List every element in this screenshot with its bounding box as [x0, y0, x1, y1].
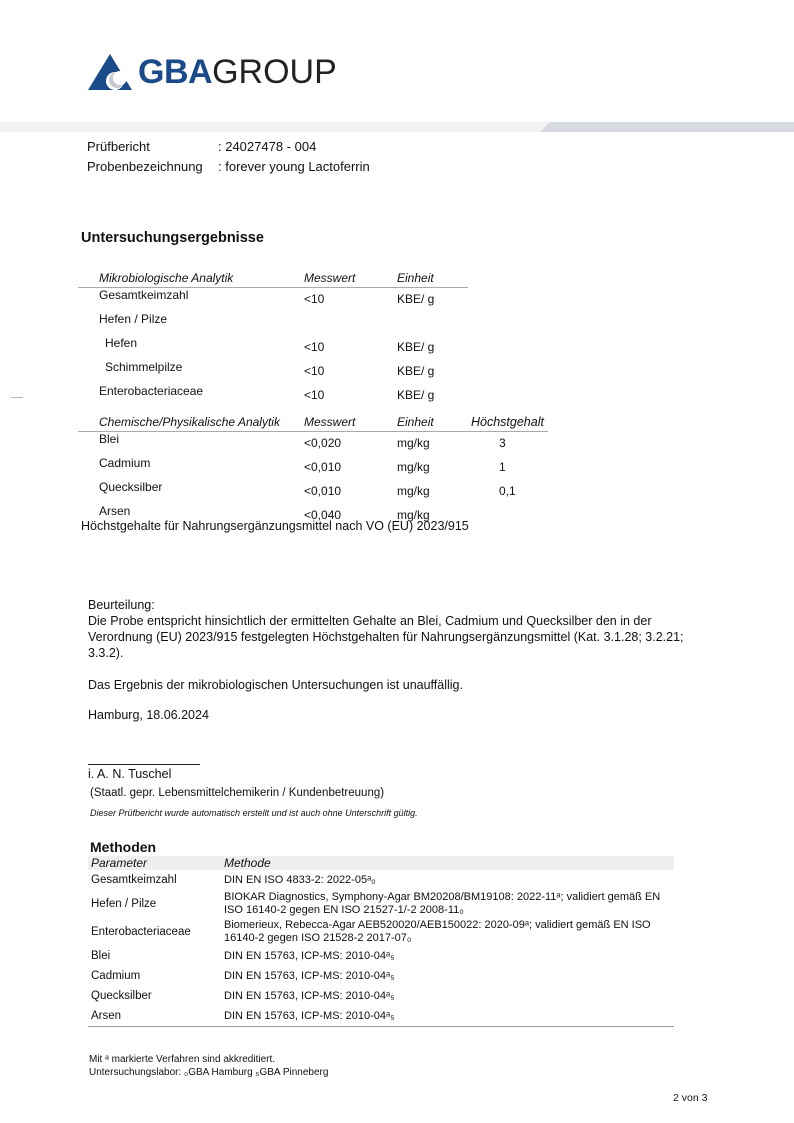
table-row: Hefen / Pilze: [78, 312, 469, 336]
gba-logo-icon: [88, 52, 134, 92]
assessment-micro-text: Das Ergebnis der mikrobiologischen Unter…: [88, 677, 718, 693]
unit: KBE/ g: [397, 336, 469, 360]
analyte-name: Schimmelpilze: [78, 360, 304, 384]
company-logo: GBAGROUP: [88, 52, 337, 92]
table-row: Blei<0,020mg/kg3: [78, 432, 579, 456]
method-row: CadmiumDIN EN 15763, ICP-MS: 2010-04ᵃ₅: [88, 966, 674, 986]
col-header: Mikrobiologische Analytik: [78, 271, 304, 285]
table-row: Gesamtkeimzahl<10KBE/ g: [78, 288, 469, 312]
method-row: QuecksilberDIN EN 15763, ICP-MS: 2010-04…: [88, 986, 674, 1006]
measured-value: <10: [304, 360, 397, 384]
chem-table: Chemische/Physikalische Analytik Messwer…: [78, 415, 579, 528]
accreditation-note: Mit ᵃ markierte Verfahren sind akkrediti…: [89, 1054, 275, 1065]
measured-value: <0,020: [304, 432, 397, 456]
place-date: Hamburg, 18.06.2024: [88, 707, 718, 723]
analyte-name: Quecksilber: [78, 480, 304, 504]
analyte-name: Gesamtkeimzahl: [78, 288, 304, 312]
col-header: Einheit: [397, 271, 469, 285]
max-level: 3: [471, 432, 579, 456]
unit: mg/kg: [397, 456, 471, 480]
analyte-name: Blei: [78, 432, 304, 456]
method-row: Hefen / PilzeBIOKAR Diagnostics, Symphon…: [88, 890, 674, 918]
signatory-name: i. A. N. Tuschel: [88, 767, 171, 781]
method-parameter: Cadmium: [88, 966, 221, 986]
col-header: Parameter: [88, 856, 221, 870]
max-values-footnote: Höchstgehalte für Nahrungsergänzungsmitt…: [81, 519, 469, 533]
measured-value: [304, 312, 397, 336]
col-header: Höchstgehalt: [471, 415, 551, 429]
field-value: : 24027478 - 004: [218, 139, 316, 154]
micro-table: Mikrobiologische Analytik Messwert Einhe…: [78, 271, 469, 408]
method-description: BIOKAR Diagnostics, Symphony-Agar BM2020…: [221, 890, 674, 918]
method-parameter: Gesamtkeimzahl: [88, 870, 221, 890]
unit: mg/kg: [397, 432, 471, 456]
measured-value: <10: [304, 336, 397, 360]
table-row: Hefen<10KBE/ g: [78, 336, 469, 360]
max-level: 1: [471, 456, 579, 480]
report-number-row: Prüfbericht: 24027478 - 004: [87, 139, 316, 154]
analyte-name: Hefen: [78, 336, 304, 360]
measured-value: <10: [304, 288, 397, 312]
method-parameter: Hefen / Pilze: [88, 890, 221, 918]
measured-value: <10: [304, 384, 397, 408]
field-label: Prüfbericht: [87, 139, 218, 154]
measured-value: <0,010: [304, 456, 397, 480]
method-description: DIN EN 15763, ICP-MS: 2010-04ᵃ₅: [221, 986, 674, 1006]
col-header: Messwert: [304, 415, 397, 429]
measured-value: <0,010: [304, 480, 397, 504]
margin-mark: [11, 397, 23, 398]
method-description: DIN EN ISO 4833-2: 2022-05ᵃ₀: [221, 870, 674, 890]
method-parameter: Blei: [88, 946, 221, 966]
unit: [397, 312, 469, 336]
table-row: Cadmium<0,010mg/kg1: [78, 456, 579, 480]
method-description: DIN EN 15763, ICP-MS: 2010-04ᵃ₅: [221, 1006, 674, 1026]
col-header: Methode: [221, 856, 674, 870]
method-parameter: Arsen: [88, 1006, 221, 1026]
sample-name-row: Probenbezeichnung: forever young Lactofe…: [87, 159, 370, 174]
unit: mg/kg: [397, 480, 471, 504]
table-row: Schimmelpilze<10KBE/ g: [78, 360, 469, 384]
max-level: 0,1: [471, 480, 579, 504]
table-row: Quecksilber<0,010mg/kg0,1: [78, 480, 579, 504]
logo-text-light: GROUP: [212, 53, 337, 92]
signature-line: [88, 764, 200, 765]
method-parameter: Enterobacteriaceae: [88, 918, 221, 946]
field-label: Probenbezeichnung: [87, 159, 218, 174]
header-rule: [88, 1026, 674, 1027]
results-title: Untersuchungsergebnisse: [81, 230, 264, 246]
signatory-role: (Staatl. gepr. Lebensmittelchemikerin / …: [90, 787, 384, 799]
logo-text-bold: GBA: [138, 53, 212, 92]
header-band-accent: [540, 122, 794, 132]
method-row: GesamtkeimzahlDIN EN ISO 4833-2: 2022-05…: [88, 870, 674, 890]
methods-title: Methoden: [90, 839, 156, 855]
method-row: BleiDIN EN 15763, ICP-MS: 2010-04ᵃ₅: [88, 946, 674, 966]
unit: KBE/ g: [397, 288, 469, 312]
assessment-text: Die Probe entspricht hinsichtlich der er…: [88, 613, 718, 661]
method-row: EnterobacteriaceaeBiomerieux, Rebecca-Ag…: [88, 918, 674, 946]
method-row: ArsenDIN EN 15763, ICP-MS: 2010-04ᵃ₅: [88, 1006, 674, 1026]
methods-table: Parameter Methode GesamtkeimzahlDIN EN I…: [88, 856, 674, 1027]
col-header: Messwert: [304, 271, 397, 285]
unit: KBE/ g: [397, 384, 469, 408]
field-value: : forever young Lactoferrin: [218, 159, 370, 174]
method-description: DIN EN 15763, ICP-MS: 2010-04ᵃ₅: [221, 966, 674, 986]
method-description: DIN EN 15763, ICP-MS: 2010-04ᵃ₅: [221, 946, 674, 966]
analyte-name: Enterobacteriaceae: [78, 384, 304, 408]
analyte-name: Hefen / Pilze: [78, 312, 304, 336]
auto-generated-note: Dieser Prüfbericht wurde automatisch ers…: [90, 808, 418, 818]
page-number: 2 von 3: [673, 1092, 707, 1104]
col-header: Chemische/Physikalische Analytik: [78, 415, 304, 429]
assessment-label: Beurteilung:: [88, 597, 718, 613]
max-level: [471, 504, 579, 528]
method-parameter: Quecksilber: [88, 986, 221, 1006]
table-row: Enterobacteriaceae<10KBE/ g: [78, 384, 469, 408]
method-description: Biomerieux, Rebecca-Agar AEB520020/AEB15…: [221, 918, 674, 946]
analyte-name: Cadmium: [78, 456, 304, 480]
col-header: Einheit: [397, 415, 471, 429]
lab-legend: Untersuchungslabor: ₀GBA Hamburg ₅GBA Pi…: [89, 1067, 328, 1078]
unit: KBE/ g: [397, 360, 469, 384]
